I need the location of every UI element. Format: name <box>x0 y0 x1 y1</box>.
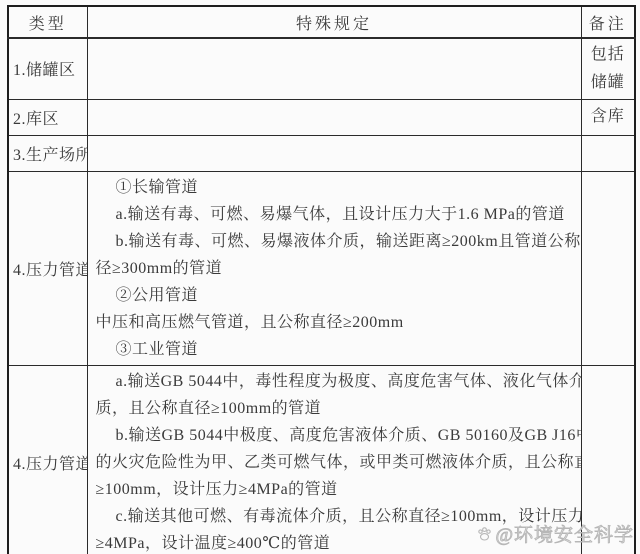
row-rules-cell: a.输送GB 5044中，毒性程度为极度、高度危害气体、液化气体介 质，且公称直… <box>87 365 581 554</box>
rule-line: 的火灾危险性为甲、乙类可燃气体，或甲类可燃液体介质，且公称直径 <box>96 449 573 476</box>
rule-line: ≥4MPa，设计温度≥400℃的管道 <box>96 530 573 554</box>
row-rules-cell <box>87 38 581 99</box>
remark-line: 包括 <box>582 41 635 69</box>
row-rules-cell <box>87 99 581 135</box>
rule-line: 质，且公称直径≥100mm的管道 <box>96 395 573 422</box>
row-type-label: 1.储罐区 <box>8 38 87 99</box>
row-remark-cell <box>581 365 635 554</box>
row-type-label: 4.压力管道 <box>8 365 87 554</box>
table-row: 1.储罐区 包括 储罐 <box>8 38 635 99</box>
row-remark-cell: 包括 储罐 <box>581 38 635 99</box>
row-rules-cell <box>87 135 581 171</box>
row-rules-cell: ①长输管道 a.输送有毒、可燃、易爆气体，且设计压力大于1.6 MPa的管道 b… <box>87 171 581 365</box>
rule-line: a.输送有毒、可燃、易爆气体，且设计压力大于1.6 MPa的管道 <box>96 201 573 228</box>
header-type: 类型 <box>8 6 87 38</box>
header-special-rules: 特殊规定 <box>87 6 581 38</box>
header-remark: 备注 <box>581 6 635 38</box>
rule-line: b.输送GB 5044中极度、高度危害液体介质、GB 50160及GB J16中… <box>96 422 573 449</box>
rule-line: ②公用管道 <box>96 282 573 309</box>
table-row: 2.库区 含库 <box>8 99 635 135</box>
table-row: 4.压力管道 ①长输管道 a.输送有毒、可燃、易爆气体，且设计压力大于1.6 M… <box>8 171 635 365</box>
table-row: 3.生产场所 <box>8 135 635 171</box>
rule-line: 径≥300mm的管道 <box>96 255 573 282</box>
row-type-label: 3.生产场所 <box>8 135 87 171</box>
rule-line: ①长输管道 <box>96 174 573 201</box>
table-header-row: 类型 特殊规定 备注 <box>8 6 635 38</box>
rule-line: ≥100mm，设计压力≥4MPa的管道 <box>96 476 573 503</box>
remark-line: 储罐 <box>582 69 635 97</box>
page: { "table": { "headers": ["类型", "特殊规定", "… <box>0 0 640 554</box>
remark-line: 含库 <box>582 103 635 131</box>
row-type-label: 4.压力管道 <box>8 171 87 365</box>
rule-line: 中压和高压燃气管道，且公称直径≥200mm <box>96 309 573 336</box>
rule-line: ③工业管道 <box>96 336 573 363</box>
rule-line: a.输送GB 5044中，毒性程度为极度、高度危害气体、液化气体介 <box>96 368 573 395</box>
regulations-table: 类型 特殊规定 备注 1.储罐区 包括 储罐 2.库区 含库 3.生产场所 4.… <box>7 5 636 554</box>
row-remark-cell <box>581 135 635 171</box>
table-row: 4.压力管道 a.输送GB 5044中，毒性程度为极度、高度危害气体、液化气体介… <box>8 365 635 554</box>
rule-line: b.输送有毒、可燃、易爆液体介质，输送距离≥200km且管道公称直 <box>96 228 573 255</box>
rule-line: c.输送其他可燃、有毒流体介质，且公称直径≥100mm，设计压力 <box>96 503 573 530</box>
row-remark-cell <box>581 171 635 365</box>
row-type-label: 2.库区 <box>8 99 87 135</box>
row-remark-cell: 含库 <box>581 99 635 135</box>
